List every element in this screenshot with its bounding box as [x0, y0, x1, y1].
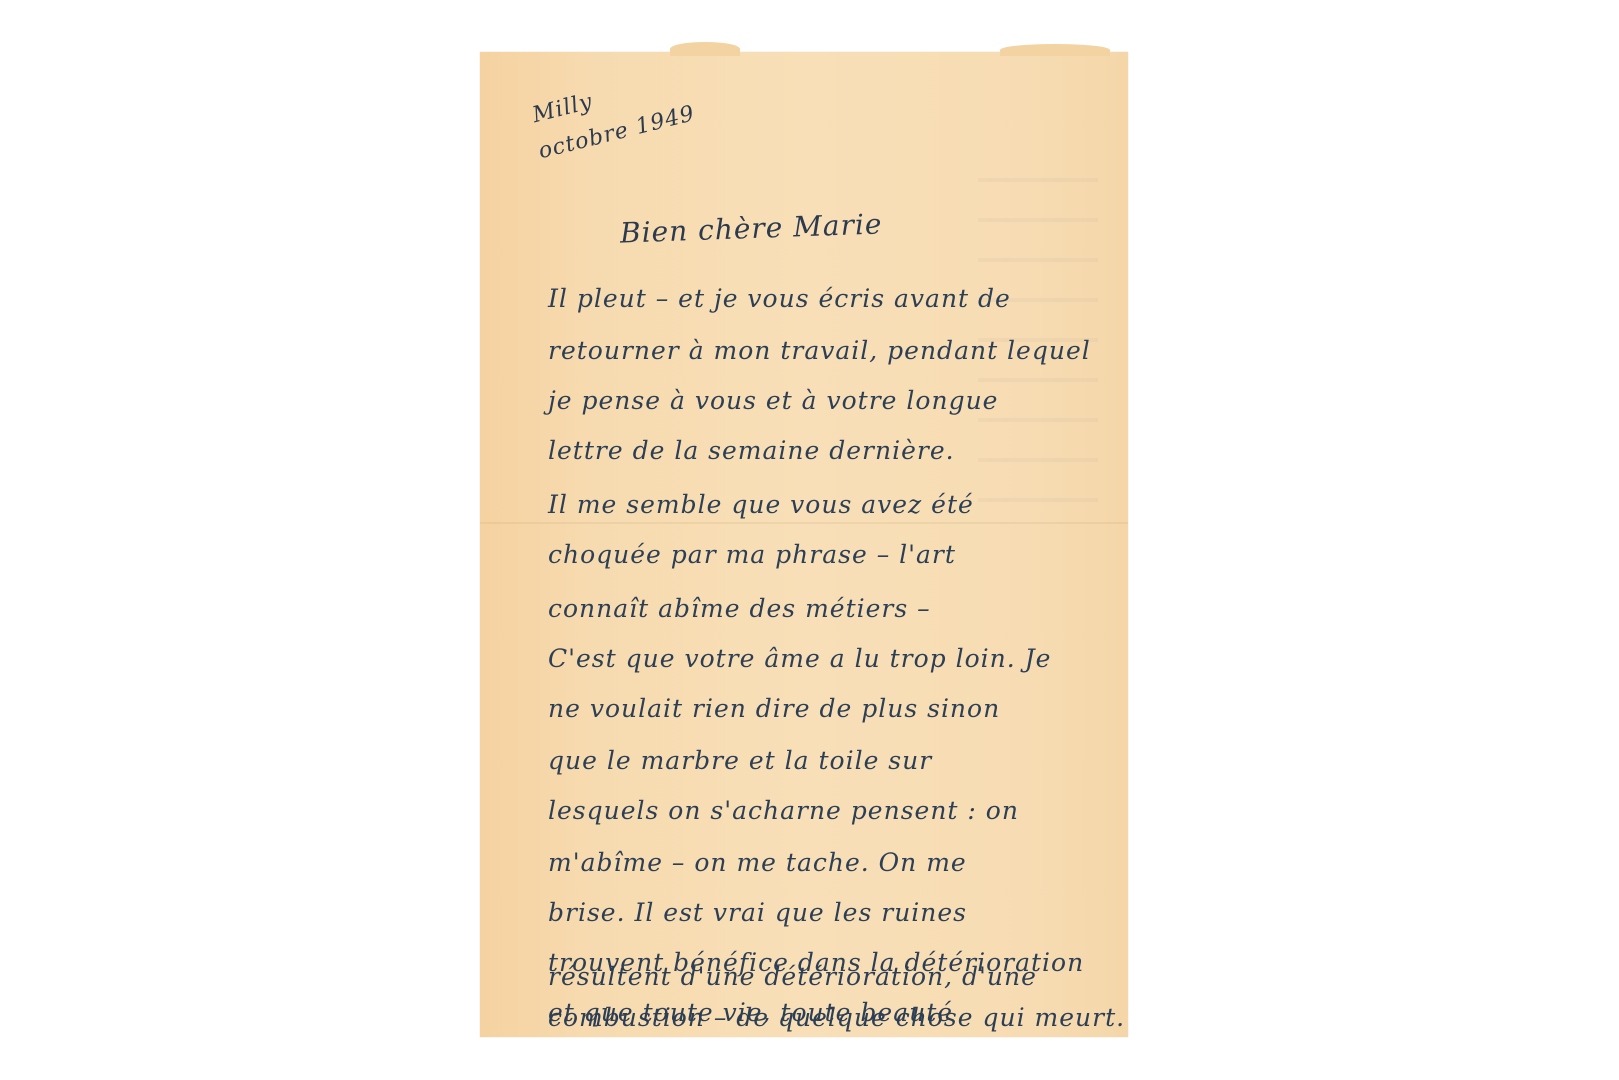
- letter-line: connaît abîme des métiers –: [548, 594, 931, 623]
- letter-line: C'est que votre âme a lu trop loin. Je: [548, 644, 1051, 673]
- letter-sheet: Milly octobre 1949 Bien chère Marie Il p…: [480, 52, 1128, 1037]
- paper-fold-line: [480, 522, 1128, 524]
- letter-line: Il me semble que vous avez été: [548, 490, 974, 519]
- letter-line: ne voulait rien dire de plus sinon: [548, 694, 1000, 723]
- letter-line: résultent d'une détérioration, d'une: [548, 962, 1037, 991]
- letter-line: Il pleut – et je vous écris avant de: [548, 284, 1011, 313]
- letter-line: m'abîme – on me tache. On me: [548, 848, 967, 877]
- letter-salutation: Bien chère Marie: [620, 207, 883, 249]
- letter-line: que le marbre et la toile sur: [548, 746, 932, 775]
- bleed-through-text: [978, 142, 1098, 522]
- letter-line: combustion – de quelque chose qui meurt.: [548, 1003, 1125, 1032]
- letter-line: lettre de la semaine dernière.: [548, 436, 955, 465]
- page-background: Milly octobre 1949 Bien chère Marie Il p…: [0, 0, 1619, 1080]
- letter-line: retourner à mon travail, pendant lequel: [548, 336, 1091, 365]
- letter-line: brise. Il est vrai que les ruines: [548, 898, 967, 927]
- letter-line: lesquels on s'acharne pensent : on: [548, 796, 1019, 825]
- letter-line: choquée par ma phrase – l'art: [548, 540, 956, 569]
- letter-line: je pense à vous et à votre longue: [548, 386, 998, 415]
- letter-place: Milly: [530, 89, 595, 128]
